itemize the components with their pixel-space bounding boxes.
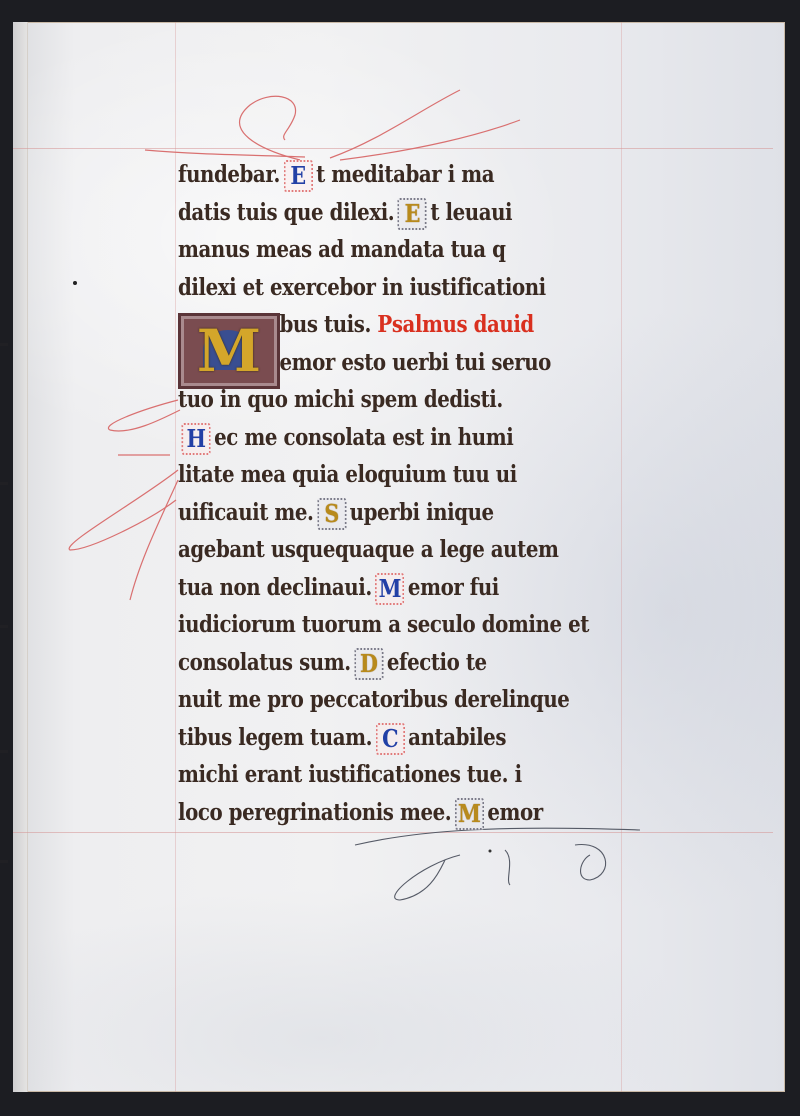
decorated-initial: E [283,160,312,192]
text-line-9: litate mea quia eloquium tuu ui [178,456,556,494]
line-text: datis tuis que dilexi. [178,199,394,226]
line-text: emor fui [408,574,499,601]
text-line-4: dilexi et exercebor in iustificationi [178,269,556,307]
text-line-2: datis tuis que dilexi.Et leuaui [178,194,556,232]
line-text: bus tuis. [279,311,370,338]
decorated-initial: M [375,573,404,605]
line-text: manus meas ad mandata tua q [178,236,505,263]
line-text: emor esto uerbi tui seruo [279,349,550,376]
line-text: antabiles [408,724,506,751]
line-text: nuit me pro peccatoribus derelinque [178,686,569,713]
decorated-initial: E [398,198,427,230]
line-text: iudiciorum tuorum a seculo domine et [178,611,589,638]
line-text: dilexi et exercebor in iustificationi [178,274,546,301]
line-text: fundebar. [178,161,280,188]
line-text: efectio te [387,649,487,676]
text-line-17: michi erant iustificationes tue. i [178,756,556,794]
line-text: t meditabar i ma [316,161,494,188]
decorated-initial: S [317,498,346,530]
text-block: fundebar.Et meditabar i ma datis tuis qu… [178,156,618,831]
text-line-14: consolatus sum.Defectio te [178,644,556,682]
text-line-16: tibus legem tuam.Cantabiles [178,719,556,757]
line-text: litate mea quia eloquium tuu ui [178,461,517,488]
decorated-initial: H [181,423,210,455]
decorated-initial: M [455,798,484,830]
line-text: tua non declinaui. [178,574,372,601]
line-text: emor [487,799,542,826]
text-line-7: tuo in quo michi spem dedisti. [178,381,556,419]
line-text: tuo in quo michi spem dedisti. [178,386,503,413]
line-text: consolatus sum. [178,649,351,676]
line-text: uperbi inique [350,499,494,526]
line-text: michi erant iustificationes tue. i [178,761,522,788]
initial-letter: M [197,322,261,380]
line-text: loco peregrinationis mee. [178,799,451,826]
text-line-13: iudiciorum tuorum a seculo domine et [178,606,556,644]
decorated-initial: C [376,723,405,755]
line-text: t leuaui [430,199,512,226]
decorated-initial: D [354,648,383,680]
text-line-12: tua non declinaui.Memor fui [178,569,556,607]
text-line-8: Hec me consolata est in humi [178,419,556,457]
text-line-11: agebant usquequaque a lege autem [178,531,556,569]
text-line-10: uificauit me.Superbi inique [178,494,556,532]
text-line-15: nuit me pro peccatoribus derelinque [178,681,556,719]
line-text: uificauit me. [178,499,314,526]
text-line-18: loco peregrinationis mee.Memor [178,794,556,832]
text-line-3: manus meas ad mandata tua q [178,231,556,269]
rubric-heading: Psalmus dauid [377,311,533,338]
line-text: agebant usquequaque a lege autem [178,536,559,563]
text-line-1: fundebar.Et meditabar i ma [178,156,556,194]
line-text: tibus legem tuam. [178,724,372,751]
line-text: ec me consolata est in humi [214,424,513,451]
